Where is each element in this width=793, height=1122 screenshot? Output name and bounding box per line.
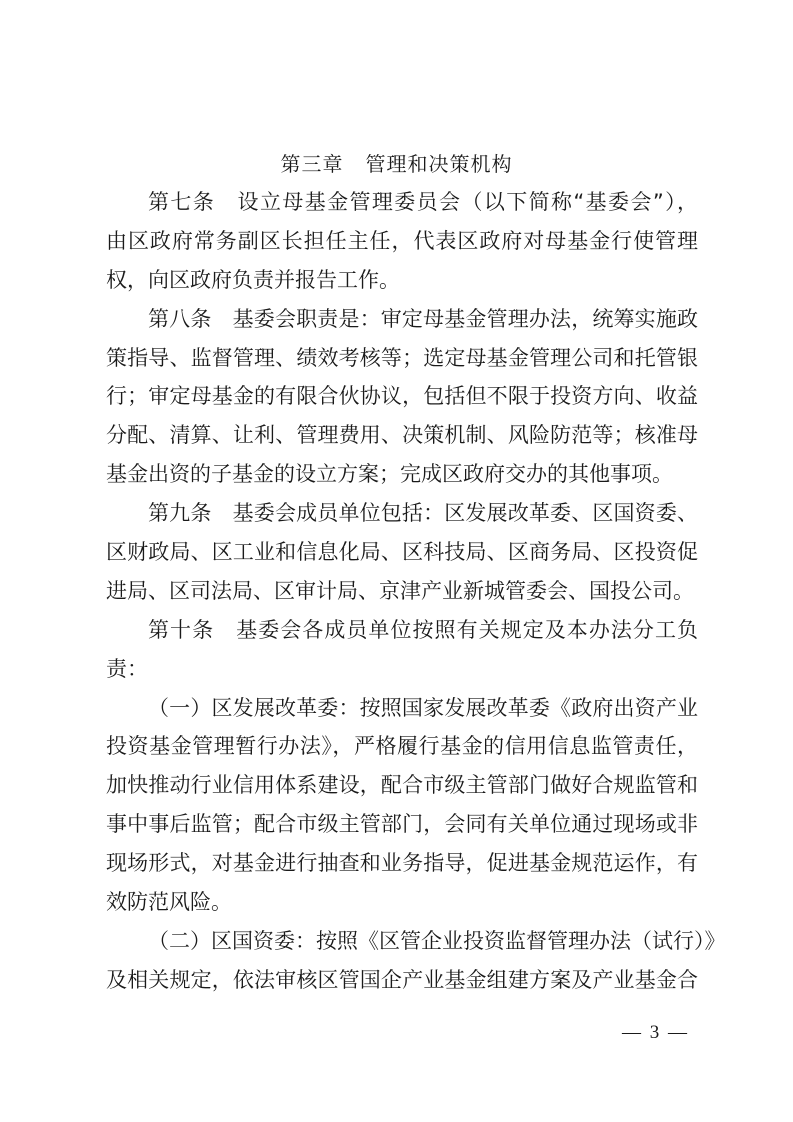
paragraph-line: 基金出资的子基金的设立方案；完成区政府交办的其他事项。 — [106, 455, 698, 494]
page-number: — 3 — — [622, 1022, 689, 1044]
paragraph-line: 区财政局、区工业和信息化局、区科技局、区商务局、区投资促 — [106, 533, 698, 572]
paragraph-line: 及相关规定，依法审核区管国企产业基金组建方案及产业基金合 — [106, 961, 698, 1000]
paragraph-line: 由区政府常务副区长担任主任，代表区政府对母基金行使管理 — [106, 222, 698, 261]
paragraph-first-line: 第九条 基委会成员单位包括：区发展改革委、区国资委、 — [106, 494, 698, 533]
chapter-name: 管理和决策机构 — [366, 152, 513, 176]
paragraph-line: 事中事后监管；配合市级主管部门，会同有关单位通过现场或非 — [106, 805, 698, 844]
paragraph-first-line: （一）区发展改革委：按照国家发展改革委《政府出资产业 — [106, 689, 698, 728]
paragraph-line: 行；审定母基金的有限合伙协议，包括但不限于投资方向、收益 — [106, 377, 698, 416]
paragraph-first-line: 第七条 设立母基金管理委员会（以下简称“基委会”）， — [106, 183, 698, 222]
paragraph-line: 现场形式，对基金进行抽查和业务指导，促进基金规范运作，有 — [106, 844, 698, 883]
paragraph-line: 进局、区司法局、区审计局、京津产业新城管委会、国投公司。 — [106, 572, 698, 611]
document-body: 第七条 设立母基金管理委员会（以下简称“基委会”），由区政府常务副区长担任主任，… — [106, 183, 698, 1000]
document-page: 第三章管理和决策机构 第七条 设立母基金管理委员会（以下简称“基委会”），由区政… — [0, 0, 793, 1122]
paragraph-first-line: （二）区国资委：按照《区管企业投资监督管理办法（试行）》 — [106, 922, 698, 961]
paragraph-line: 策指导、监督管理、绩效考核等；选定母基金管理公司和托管银 — [106, 339, 698, 378]
paragraph-line: 分配、清算、让利、管理费用、决策机制、风险防范等；核准母 — [106, 416, 698, 455]
chapter-number: 第三章 — [281, 152, 344, 176]
chapter-title: 第三章管理和决策机构 — [0, 148, 793, 177]
paragraph-line: 加快推动行业信用体系建设，配合市级主管部门做好合规监管和 — [106, 766, 698, 805]
paragraph-first-line: 第八条 基委会职责是：审定母基金管理办法，统筹实施政 — [106, 300, 698, 339]
paragraph-line: 责： — [106, 650, 698, 689]
paragraph-first-line: 第十条 基委会各成员单位按照有关规定及本办法分工负 — [106, 611, 698, 650]
paragraph-line: 权，向区政府负责并报告工作。 — [106, 261, 698, 300]
paragraph-line: 投资基金管理暂行办法》，严格履行基金的信用信息监管责任， — [106, 727, 698, 766]
paragraph-line: 效防范风险。 — [106, 883, 698, 922]
